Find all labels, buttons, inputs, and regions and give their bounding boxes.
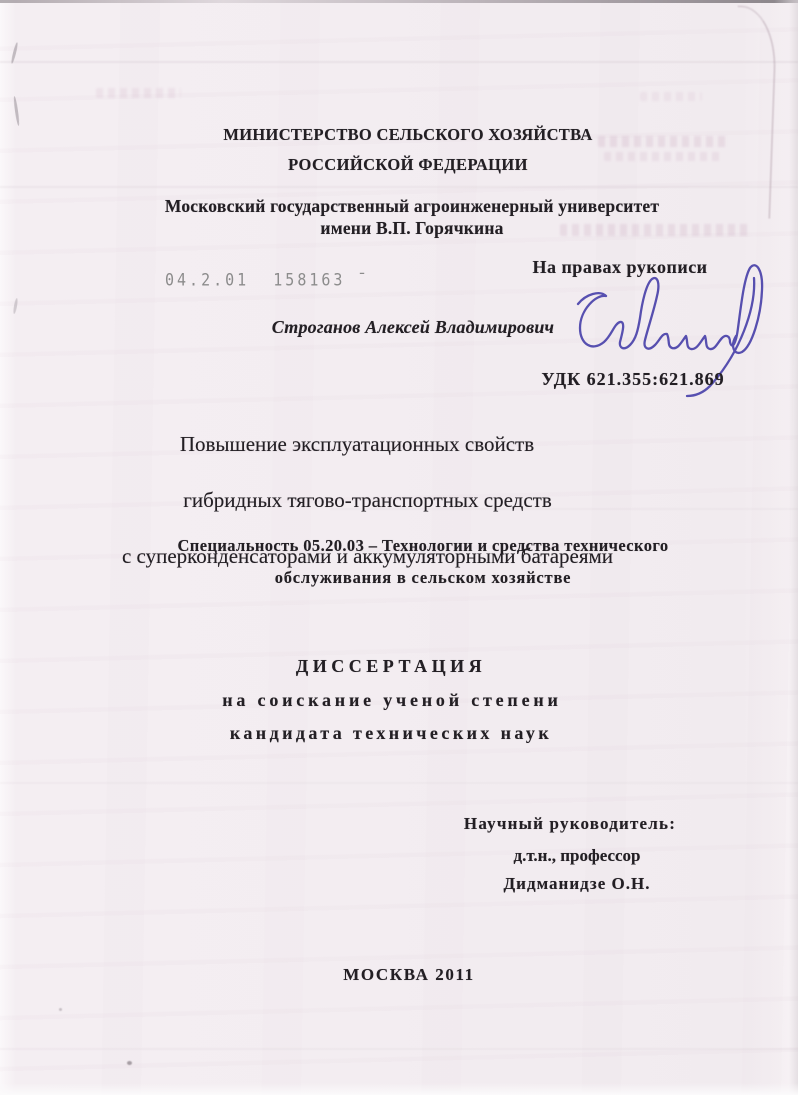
fold-mark xyxy=(13,96,20,126)
supervisor-label: Научный руководитель: xyxy=(464,814,676,833)
scan-crease-line xyxy=(0,782,798,784)
dissertation-title-page: МИНИСТЕРСТВО СЕЛЬСКОГО ХОЗЯЙСТВА РОССИЙС… xyxy=(0,0,798,1095)
city-year: МОСКВА 2011 xyxy=(343,965,475,984)
scan-edge-top xyxy=(0,0,798,3)
scan-crease-line xyxy=(0,1048,798,1050)
bleed-through-artifact xyxy=(560,224,748,236)
supervisor-degree: д.т.н., профессор xyxy=(513,846,640,865)
fold-mark xyxy=(13,298,19,314)
specialty-line-2: обслуживания в сельском хозяйстве xyxy=(275,569,572,587)
bleed-through-artifact xyxy=(96,88,181,98)
scan-edge-bottom xyxy=(0,1083,798,1095)
title-line-1: Повышение эксплуатационных свойств xyxy=(180,432,534,456)
supervisor-name: Дидманидзе О.Н. xyxy=(503,874,650,893)
degree-seeking-line: на соискание ученой степени xyxy=(222,690,561,710)
scan-speck xyxy=(59,1008,62,1011)
ministry-line-2: РОССИЙСКОЙ ФЕДЕРАЦИИ xyxy=(288,156,528,174)
ministry-line-1: МИНИСТЕРСТВО СЕЛЬСКОГО ХОЗЯЙСТВА xyxy=(223,126,592,144)
page-curl-mark xyxy=(730,5,777,218)
university-line-2: имени В.П. Горячкина xyxy=(320,219,503,239)
degree-name-line: кандидата технических наук xyxy=(230,723,552,743)
bleed-through-artifact xyxy=(640,92,702,101)
scan-edge-right xyxy=(789,0,798,1095)
bleed-through-artifact xyxy=(598,136,730,147)
university-line-1: Московский государственный агроинженерны… xyxy=(165,197,659,217)
title-line-2: гибридных тягово-транспортных средств xyxy=(183,488,551,512)
scan-crease-line xyxy=(0,186,798,188)
udc-number: УДК 621.355:621.869 xyxy=(541,369,724,389)
work-type-label: ДИССЕРТАЦИЯ xyxy=(296,656,486,676)
bleed-through-artifact xyxy=(604,152,722,161)
author-name: Строганов Алексей Владимирович xyxy=(272,317,554,337)
specialty-line-1: Специальность 05.20.03 – Технологии и ср… xyxy=(177,537,668,555)
inventory-stamp-number: 04.2.01 158163 ¯ xyxy=(165,270,370,290)
scan-speck xyxy=(127,1061,132,1065)
scan-crease-line xyxy=(0,61,798,63)
